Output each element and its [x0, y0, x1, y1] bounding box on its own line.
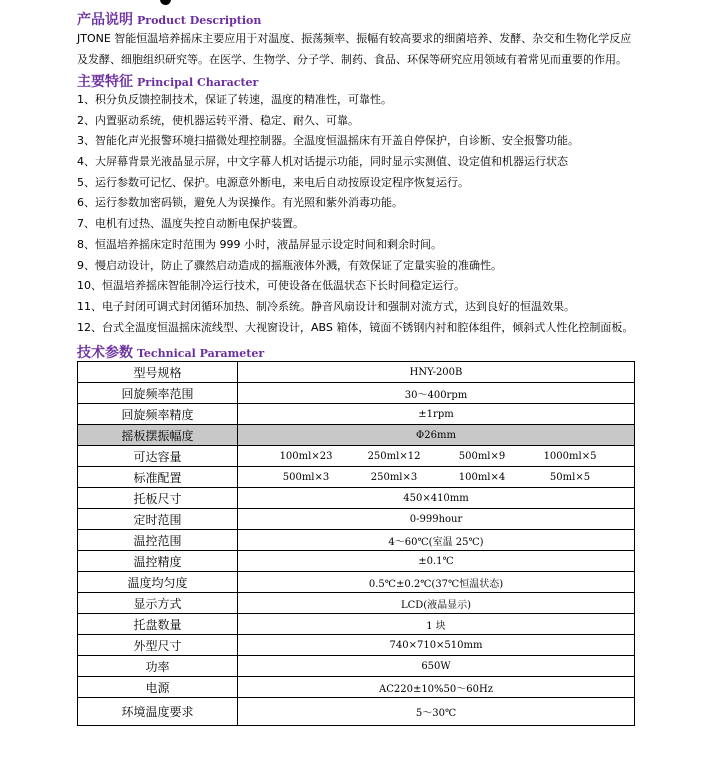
table-row: 定时范围0-999hour [78, 509, 635, 530]
param-value: 0-999hour [238, 509, 635, 530]
section-heading-parameters: 技术参数Technical Parameter [77, 342, 264, 362]
param-value: LCD(液晶显示) [238, 593, 635, 614]
param-key: 摇板摆振幅度 [78, 425, 238, 446]
param-key: 定时范围 [78, 509, 238, 530]
table-row: 功率650W [78, 656, 635, 677]
heading-cn: 主要特征 [77, 74, 133, 90]
param-key: 标准配置 [78, 467, 238, 488]
config-option: 500ml×3 [262, 472, 350, 483]
param-value: 4～60℃(室温 25℃) [238, 530, 635, 551]
param-value-multi: 100ml×23 250ml×12 500ml×9 1000ml×5 [238, 446, 635, 467]
table-row-highlighted: 摇板摆振幅度Φ26mm [78, 425, 635, 446]
feature-item: 9、慢启动设计，防止了骤然启动造成的摇瓶液体外溅，有效保证了定量实验的准确性。 [77, 256, 633, 277]
table-row: 标准配置 500ml×3 250ml×3 100ml×4 50ml×5 [78, 467, 635, 488]
feature-item: 11、电子封闭可调式封闭循环加热、制冷系统。静音风扇设计和强制对流方式，达到良好… [77, 297, 633, 318]
technical-parameter-table: 型号规格HNY-200B 回旋频率范围30～400rpm 回旋频率精度±1rpm… [77, 361, 635, 726]
description-line-1: JTONE 智能恒温培养摇床主要应用于对温度、振荡频率、振幅有较高要求的细菌培养… [77, 28, 697, 49]
capacity-option: 250ml×12 [350, 451, 438, 462]
param-key: 温度均匀度 [78, 572, 238, 593]
capacity-option: 100ml×23 [262, 451, 350, 462]
feature-item: 7、电机有过热、温度失控自动断电保护装置。 [77, 214, 633, 235]
param-key: 外型尺寸 [78, 635, 238, 656]
param-key: 功率 [78, 656, 238, 677]
table-row: 显示方式LCD(液晶显示) [78, 593, 635, 614]
param-value: ±1rpm [238, 404, 635, 425]
feature-item: 3、智能化声光报警环境扫描微处理控制器。全温度恒温摇床有开盖自停保护，自诊断、安… [77, 131, 633, 152]
table-row: 温度均匀度0.5℃±0.2℃(37℃恒温状态) [78, 572, 635, 593]
table-row: 托板尺寸450×410mm [78, 488, 635, 509]
section-heading-features: 主要特征Principal Character [77, 71, 258, 91]
param-value: 650W [238, 656, 635, 677]
param-key: 托盘数量 [78, 614, 238, 635]
param-key: 可达容量 [78, 446, 238, 467]
param-value: AC220±10%50～60Hz [238, 677, 635, 698]
feature-item: 2、内置驱动系统，使机器运转平滑、稳定、耐久、可靠。 [77, 111, 633, 132]
param-key: 回旋频率范围 [78, 383, 238, 404]
table-row: 回旋频率精度±1rpm [78, 404, 635, 425]
feature-item: 1、积分负反馈控制技术，保证了转速，温度的精准性，可靠性。 [77, 90, 633, 111]
table-row: 温控范围4～60℃(室温 25℃) [78, 530, 635, 551]
config-option: 100ml×4 [438, 472, 526, 483]
param-value: Φ26mm [238, 425, 635, 446]
param-key: 托板尺寸 [78, 488, 238, 509]
table-row: 回旋频率范围30～400rpm [78, 383, 635, 404]
param-key: 电源 [78, 677, 238, 698]
heading-en: Product Description [137, 14, 261, 27]
feature-item: 10、恒温培养摇床智能制冷运行技术，可使设备在低温状态下长时间稳定运行。 [77, 276, 633, 297]
table-row: 托盘数量1 块 [78, 614, 635, 635]
table-row: 外型尺寸740×710×510mm [78, 635, 635, 656]
param-key: 型号规格 [78, 362, 238, 383]
description-line-2: 及发酵、细胞组织研究等。在医学、生物学、分子学、制药、食品、环保等研究应用领域有… [77, 49, 697, 70]
section-heading-description: 产品说明Product Description [77, 9, 261, 29]
param-value-multi: 500ml×3 250ml×3 100ml×4 50ml×5 [238, 467, 635, 488]
feature-item: 8、恒温培养摇床定时范围为 999 小时，液晶屏显示设定时间和剩余时间。 [77, 235, 633, 256]
feature-item: 6、运行参数加密码锁，避免人为误操作。有光照和紫外消毒功能。 [77, 193, 633, 214]
param-value: 1 块 [238, 614, 635, 635]
table-row: 环境温度要求5～30℃ [78, 698, 635, 726]
features-list: 1、积分负反馈控制技术，保证了转速，温度的精准性，可靠性。 2、内置驱动系统，使… [77, 90, 633, 338]
param-key: 温控范围 [78, 530, 238, 551]
capacity-option: 1000ml×5 [526, 451, 614, 462]
table-row: 电源AC220±10%50～60Hz [78, 677, 635, 698]
param-key: 温控精度 [78, 551, 238, 572]
param-value: HNY-200B [238, 362, 635, 383]
config-option: 50ml×5 [526, 472, 614, 483]
heading-en: Principal Character [137, 76, 258, 89]
param-value: 30～400rpm [238, 383, 635, 404]
param-key: 环境温度要求 [78, 698, 238, 726]
feature-item: 12、台式全温度恒温摇床流线型、大视窗设计，ABS 箱体，镜面不锈钢内衬和腔体组… [77, 318, 633, 339]
param-value: 450×410mm [238, 488, 635, 509]
heading-en: Technical Parameter [137, 347, 264, 360]
param-value: 0.5℃±0.2℃(37℃恒温状态) [238, 572, 635, 593]
param-value: ±0.1℃ [238, 551, 635, 572]
param-value: 740×710×510mm [238, 635, 635, 656]
table-row: 型号规格HNY-200B [78, 362, 635, 383]
param-key: 回旋频率精度 [78, 404, 238, 425]
feature-item: 5、运行参数可记忆、保护。电源意外断电，来电后自动按原设定程序恢复运行。 [77, 173, 633, 194]
param-key: 显示方式 [78, 593, 238, 614]
heading-cn: 技术参数 [77, 345, 133, 361]
config-option: 250ml×3 [350, 472, 438, 483]
table-row: 温控精度±0.1℃ [78, 551, 635, 572]
param-value: 5～30℃ [238, 698, 635, 726]
capacity-option: 500ml×9 [438, 451, 526, 462]
feature-item: 4、大屏幕背景光液晶显示屏，中文字幕人机对话提示功能，同时显示实测值、设定值和机… [77, 152, 633, 173]
bullet-dot-decoration [160, 0, 171, 5]
table-row: 可达容量 100ml×23 250ml×12 500ml×9 1000ml×5 [78, 446, 635, 467]
heading-cn: 产品说明 [77, 12, 133, 28]
